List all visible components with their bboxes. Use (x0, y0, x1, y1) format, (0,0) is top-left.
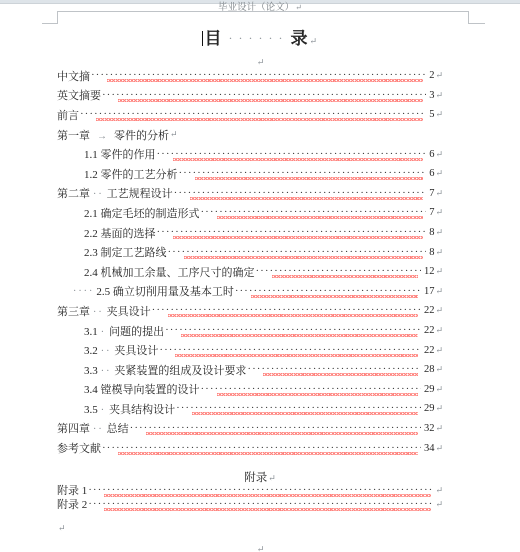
toc-entry-text: 3.5 (84, 404, 98, 416)
dot-leader: ········································… (247, 362, 421, 377)
toc-entry-label: 附录 2 (57, 496, 87, 512)
dot-leader: ········································… (152, 303, 421, 318)
toc-entry-label: 3.1·问题的提出 (84, 323, 164, 339)
pilcrow-icon: ↵ (434, 266, 443, 277)
page-number: 29 (421, 403, 435, 414)
toc-entry[interactable]: 2.3 制定工艺路线······························… (57, 242, 443, 262)
spellcheck-squiggle-icon (184, 256, 424, 259)
space-marks-icon: · (98, 327, 109, 338)
spellcheck-squiggle-icon (146, 432, 418, 435)
dot-leader: ········································… (179, 166, 427, 181)
page-number: 2 (426, 70, 434, 81)
toc-entry-label: 2.2 基面的选择 (84, 225, 156, 241)
space-marks-icon: ·· (90, 424, 107, 435)
space-marks-icon: ·· (98, 366, 115, 377)
pilcrow-icon: ↵ (434, 207, 443, 218)
dot-leader: ········································… (80, 107, 426, 122)
dot-leader: ········································… (159, 343, 421, 358)
spellcheck-squiggle-icon (217, 216, 424, 219)
toc-entry[interactable]: 2.4 机械加工余量、工序尺寸的确定······················… (57, 262, 443, 282)
pilcrow-icon: ↵ (434, 90, 443, 101)
pilcrow-icon: ↵ (434, 364, 443, 375)
pilcrow-icon: ↵ (169, 129, 178, 140)
title-char-left: 目 (204, 29, 222, 48)
page-number: 17 (421, 286, 435, 297)
pilcrow-icon: ↵ (434, 443, 443, 454)
toc-entry-label: 3.2··夹具设计 (84, 342, 158, 358)
page-number: 29 (421, 384, 435, 395)
dot-leader: ········································… (165, 323, 421, 338)
toc-entry[interactable]: 1.2 零件的工艺分析·····························… (57, 164, 443, 184)
toc-entry-text: 夹具结构设计 (109, 404, 175, 416)
toc-entry-text: 1.2 零件的工艺分析 (84, 169, 178, 181)
toc-entry-label: 3.5·夹具结构设计 (84, 401, 175, 417)
toc-entry[interactable]: 附录 2····································… (57, 497, 443, 511)
spellcheck-squiggle-icon (192, 412, 418, 415)
spellcheck-squiggle-icon (251, 295, 418, 298)
toc-entry-text: 2.5 确立切削用量及基本工时 (96, 286, 234, 298)
toc-entry-text: 工艺规程设计 (107, 188, 173, 200)
spellcheck-squiggle-icon (118, 99, 423, 102)
toc-entry[interactable]: 中文摘·····································… (57, 66, 443, 86)
pilcrow-icon: ↵ (434, 403, 443, 414)
text-boundary-top (57, 11, 469, 12)
pilcrow-icon: ↵ (267, 473, 276, 483)
toc-entry[interactable]: 第二章··工艺规程设计·····························… (57, 184, 443, 204)
spellcheck-squiggle-icon (107, 79, 423, 82)
toc-entry-text: 夹具设计 (114, 345, 158, 357)
toc-entry-label: 第三章··夹具设计 (57, 303, 151, 319)
page-number: 8 (426, 227, 434, 238)
page-number: 22 (421, 345, 435, 356)
spellcheck-squiggle-icon (173, 158, 424, 161)
toc-entry-text: 3.1 (84, 326, 98, 338)
pilcrow-icon: ↵ (57, 523, 66, 533)
toc-entry-text: 前言 (57, 110, 79, 122)
toc-entry-text: 夹紧装置的组成及设计要求 (114, 365, 246, 377)
toc-entry-label: 3.4 镗模导向装置的设计 (84, 381, 200, 397)
page-number: 12 (421, 266, 435, 277)
toc-entry-label: 2.1 确定毛坯的制造形式 (84, 205, 200, 221)
dot-leader: ········································… (256, 264, 421, 279)
toc-entry-text: 3.3 (84, 365, 98, 377)
dot-leader: ········································… (88, 497, 434, 512)
margin-crop-mark-left (42, 11, 58, 24)
toc-entry-text: 1.1 零件的作用 (84, 149, 156, 161)
toc-entry-label: 2.5 确立切削用量及基本工时 (96, 283, 234, 299)
toc-entry-label: 1.2 零件的工艺分析 (84, 166, 178, 182)
toc-entry[interactable]: 第三章··夹具设计·······························… (57, 301, 443, 321)
dot-leader: ········································… (168, 245, 427, 260)
space-marks-icon: ···· (73, 286, 96, 297)
dot-leader: ········································… (157, 147, 427, 162)
toc-entry-text: 总结 (107, 423, 129, 435)
pilcrow-icon: ↵ (434, 168, 443, 179)
space-marks-icon: ·· (98, 346, 115, 357)
pilcrow-icon: ↵ (256, 544, 265, 552)
tab-mark-icon: → (90, 131, 114, 142)
spellcheck-squiggle-icon (263, 373, 418, 376)
page-number: 34 (421, 443, 435, 454)
toc-entry-text: 参考文献 (57, 443, 101, 455)
pilcrow-icon: ↵ (434, 286, 443, 297)
toc-entry-label: 1.1 零件的作用 (84, 146, 156, 162)
toc-entry-text: 第四章 (57, 423, 90, 435)
page-number: 6 (426, 149, 434, 160)
toc-entry[interactable]: ····2.5 确立切削用量及基本工时·····················… (57, 282, 443, 302)
spellcheck-squiggle-icon (168, 314, 418, 317)
page-number: 6 (426, 168, 434, 179)
toc-entry[interactable]: 1.1 零件的作用·······························… (57, 144, 443, 164)
toc-entry-text: 第三章 (57, 306, 90, 318)
toc-entry[interactable]: 3.2··夹具设计·······························… (57, 340, 443, 360)
pilcrow-icon: ↵ (308, 36, 318, 46)
toc-entry-label: 3.3··夹紧装置的组成及设计要求 (84, 362, 246, 378)
toc-entry-text: 3.2 (84, 345, 98, 357)
pilcrow-icon: ↵ (434, 227, 443, 238)
spellcheck-squiggle-icon (173, 236, 424, 239)
spellcheck-squiggle-icon (272, 275, 418, 278)
page-title: 目······录↵ (0, 24, 520, 49)
page-number: 7 (426, 188, 434, 199)
toc-entry-text: 中文摘 (57, 71, 90, 83)
dot-leader: ········································… (130, 421, 421, 436)
page-number: 28 (421, 364, 435, 375)
spellcheck-squiggle-icon (175, 354, 418, 357)
toc-entry-label: 2.3 制定工艺路线 (84, 244, 167, 260)
page-number: 8 (426, 247, 434, 258)
toc-entry[interactable]: 第一章→零件的分析↵ (57, 125, 443, 145)
pilcrow-icon: ↵ (434, 423, 443, 434)
toc-entry[interactable]: 前言······································… (57, 105, 443, 125)
dot-leader: ········································… (201, 205, 427, 220)
dot-leader: ········································… (102, 88, 426, 103)
toc-entry-label: 第一章→零件的分析 (57, 127, 169, 143)
toc-entry[interactable]: 参考文献····································… (57, 438, 443, 458)
toc-list: 中文摘·····································… (57, 66, 443, 458)
spellcheck-squiggle-icon (195, 177, 424, 180)
toc-entry-text: 夹具设计 (107, 306, 151, 318)
pilcrow-icon: ↵ (434, 384, 443, 395)
appendix-list: 附录 1····································… (57, 483, 443, 511)
page-number: 22 (421, 305, 435, 316)
pilcrow-icon: ↵ (434, 345, 443, 356)
spellcheck-squiggle-icon (118, 452, 418, 455)
toc-entry-text: 3.4 镗模导向装置的设计 (84, 384, 200, 396)
toc-entry[interactable]: 英文摘要····································… (57, 86, 443, 106)
dot-leader: ········································… (201, 382, 421, 397)
pilcrow-icon: ↵ (434, 485, 443, 496)
toc-entry-text: 第一章 (57, 130, 90, 142)
spellcheck-squiggle-icon (190, 197, 424, 200)
toc-entry-text: 第二章 (57, 188, 90, 200)
spellcheck-squiggle-icon (96, 118, 423, 121)
toc-entry[interactable]: 2.1 确定毛坯的制造形式···························… (57, 203, 443, 223)
toc-entry[interactable]: 3.4 镗模导向装置的设计···························… (57, 380, 443, 400)
pilcrow-icon: ↵ (434, 499, 443, 510)
toc-entry[interactable]: 2.2 基面的选择·······························… (57, 223, 443, 243)
toc-entry-text: 零件的分析 (114, 130, 169, 142)
toc-entry[interactable]: 第四章··总结·································… (57, 419, 443, 439)
dot-leader: ········································… (235, 284, 421, 299)
toc-entry-label: 第二章··工艺规程设计 (57, 185, 173, 201)
title-char-right: 录 (290, 29, 308, 48)
empty-paragraph: ↵ (57, 518, 66, 536)
page-number: 22 (421, 325, 435, 336)
toc-entry-text: 英文摘要 (57, 90, 101, 102)
pilcrow-icon: ↵ (434, 70, 443, 81)
toc-entry[interactable]: 3.1·问题的提出·······························… (57, 321, 443, 341)
toc-entry-text: 2.3 制定工艺路线 (84, 247, 167, 259)
space-marks-icon: · (98, 405, 109, 416)
toc-entry-label: 前言 (57, 107, 79, 123)
toc-entry-text: 问题的提出 (109, 326, 164, 338)
toc-entry[interactable]: 3.5·夹具结构设计······························… (57, 399, 443, 419)
pilcrow-icon: ↵ (434, 109, 443, 120)
toc-entry-text: 附录 2 (57, 499, 87, 511)
toc-entry-label: 2.4 机械加工余量、工序尺寸的确定 (84, 264, 255, 280)
page-number: 32 (421, 423, 435, 434)
pilcrow-icon: ↵ (434, 325, 443, 336)
page-number: 3 (426, 90, 434, 101)
spellcheck-squiggle-icon (217, 393, 418, 396)
pilcrow-icon: ↵ (434, 247, 443, 258)
toc-entry-text: 2.2 基面的选择 (84, 228, 156, 240)
dot-leader: ········································… (157, 225, 427, 240)
toc-entry-label: 参考文献 (57, 440, 101, 456)
toc-entry-label: 第四章··总结 (57, 420, 129, 436)
toc-entry[interactable]: 附录 1····································… (57, 483, 443, 497)
dot-leader: ········································… (88, 483, 434, 498)
dot-leader: ········································… (91, 68, 426, 83)
pilcrow-icon: ↵ (434, 305, 443, 316)
toc-entry-text: 2.4 机械加工余量、工序尺寸的确定 (84, 267, 255, 279)
margin-crop-mark-right (468, 11, 485, 24)
page-number: 7 (426, 207, 434, 218)
pilcrow-icon: ↵ (434, 149, 443, 160)
space-marks-icon: ·· (90, 307, 107, 318)
empty-paragraph: ↵ (0, 539, 520, 552)
toc-entry-label: 英文摘要 (57, 87, 101, 103)
dot-leader: ········································… (102, 441, 421, 456)
toc-entry[interactable]: 3.3··夹紧装置的组成及设计要求·······················… (57, 360, 443, 380)
page-number: 5 (426, 109, 434, 120)
space-marks-icon: ·· (90, 189, 107, 200)
toc-entry-label: 中文摘 (57, 68, 90, 84)
dot-leader: ········································… (174, 186, 427, 201)
space-marks-icon: ······ (228, 31, 288, 45)
dot-leader: ········································… (176, 401, 421, 416)
toc-entry-text: 2.1 确定毛坯的制造形式 (84, 208, 200, 220)
spellcheck-squiggle-icon (104, 508, 431, 511)
spellcheck-squiggle-icon (181, 334, 418, 337)
pilcrow-icon: ↵ (434, 188, 443, 199)
